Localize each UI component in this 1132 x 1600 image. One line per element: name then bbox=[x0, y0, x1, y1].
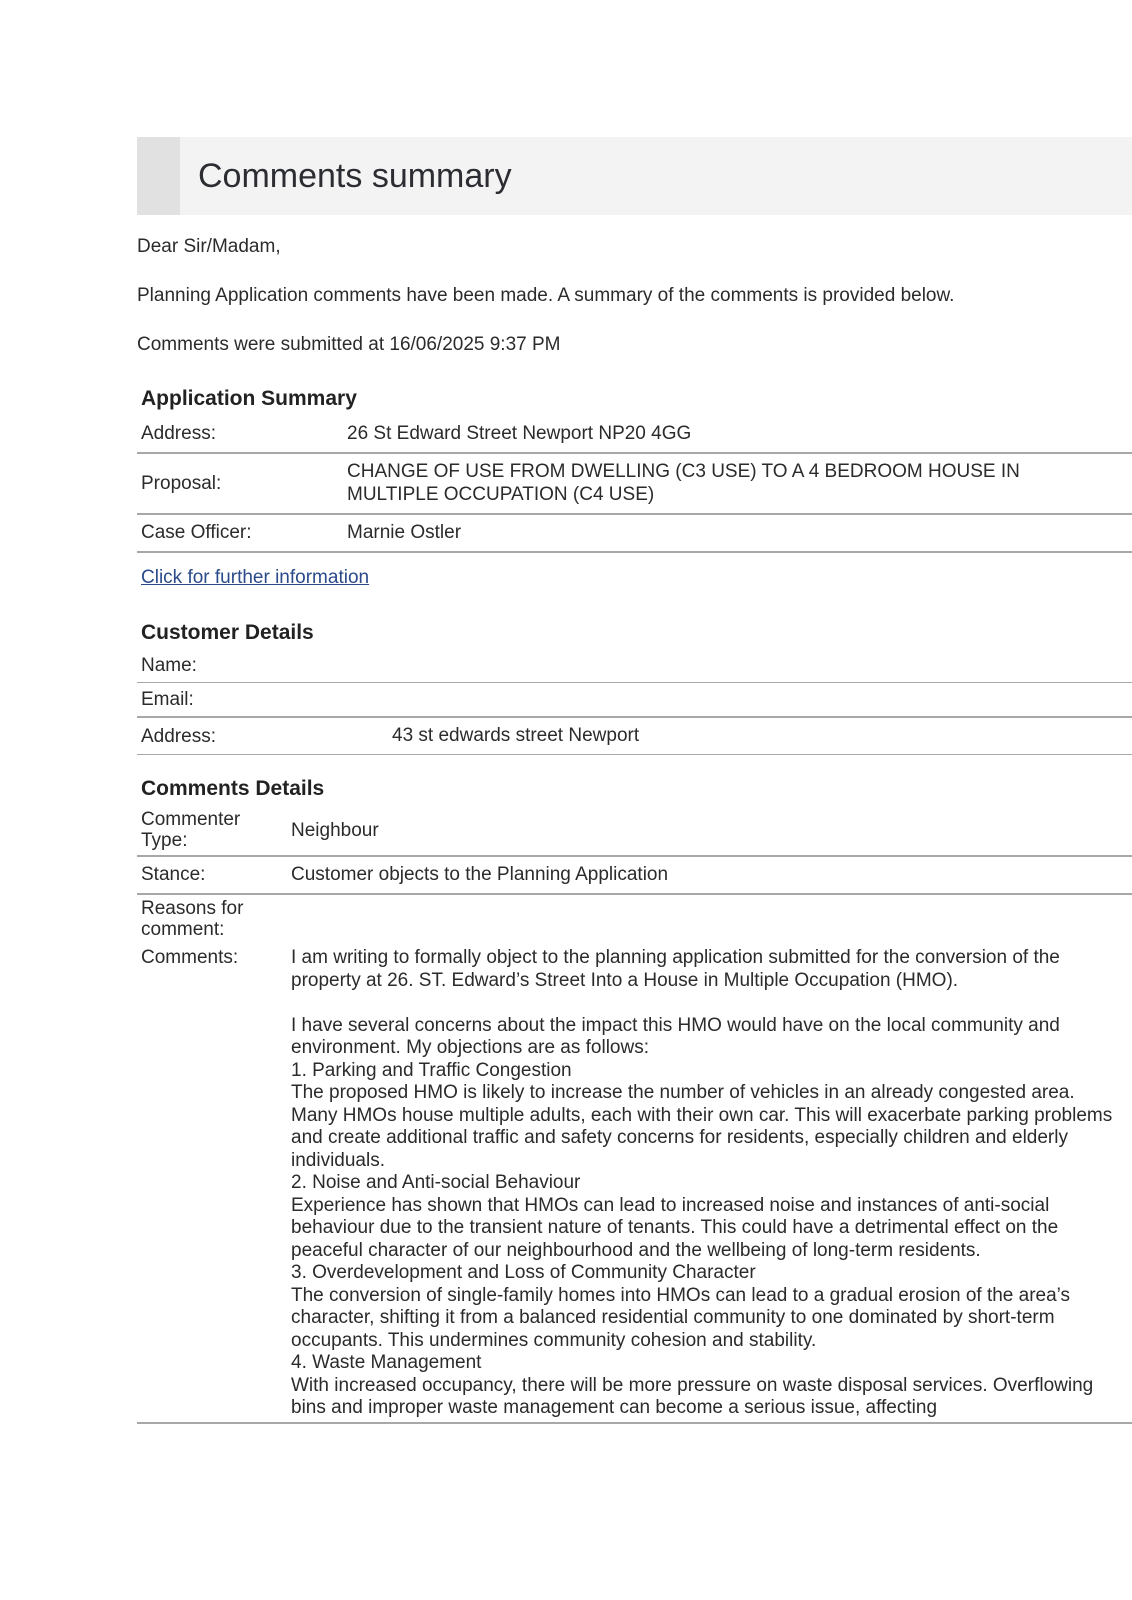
row-value: Marnie Ostler bbox=[343, 514, 1132, 552]
row-label: Address: bbox=[137, 416, 343, 453]
table-row: Proposal: CHANGE OF USE FROM DWELLING (C… bbox=[137, 453, 1132, 514]
row-value: 43 st edwards street Newport bbox=[388, 717, 1132, 755]
row-value bbox=[388, 683, 1132, 718]
row-value bbox=[388, 649, 1132, 683]
application-summary-heading: Application Summary bbox=[141, 387, 357, 411]
customer-details-table: Name: Email: Address: 43 st edwards stre… bbox=[137, 649, 1132, 755]
comments-details-heading: Comments Details bbox=[141, 777, 324, 801]
row-label: Comments: bbox=[137, 944, 287, 1423]
application-summary-table: Address: 26 St Edward Street Newport NP2… bbox=[137, 416, 1132, 553]
table-row: Address: 43 st edwards street Newport bbox=[137, 717, 1132, 755]
submitted-timestamp: Comments were submitted at 16/06/2025 9:… bbox=[137, 334, 561, 356]
comments-text: I am writing to formally object to the p… bbox=[287, 944, 1132, 1423]
greeting: Dear Sir/Madam, bbox=[137, 236, 281, 258]
row-value: CHANGE OF USE FROM DWELLING (C3 USE) TO … bbox=[343, 453, 1132, 514]
row-label: Stance: bbox=[137, 856, 287, 894]
comments-details-table: Commenter Type: Neighbour Stance: Custom… bbox=[137, 806, 1132, 1424]
table-row: Address: 26 St Edward Street Newport NP2… bbox=[137, 416, 1132, 453]
row-value: Customer objects to the Planning Applica… bbox=[287, 856, 1132, 894]
title-accent-bar bbox=[137, 137, 180, 215]
row-label: Case Officer: bbox=[137, 514, 343, 552]
intro-message: Planning Application comments have been … bbox=[137, 285, 954, 307]
table-row: Name: bbox=[137, 649, 1132, 683]
table-row: Email: bbox=[137, 683, 1132, 718]
title-bar: Comments summary bbox=[137, 137, 1132, 215]
table-row: Comments: I am writing to formally objec… bbox=[137, 944, 1132, 1423]
table-row: Case Officer: Marnie Ostler bbox=[137, 514, 1132, 552]
customer-details-heading: Customer Details bbox=[141, 621, 314, 645]
row-label: Name: bbox=[137, 649, 388, 683]
document-page: Comments summary Dear Sir/Madam, Plannin… bbox=[137, 137, 1132, 215]
row-label: Address: bbox=[137, 717, 388, 755]
row-label: Proposal: bbox=[137, 453, 343, 514]
row-value: Neighbour bbox=[287, 806, 1132, 856]
table-row: Stance: Customer objects to the Planning… bbox=[137, 856, 1132, 894]
row-label: Commenter Type: bbox=[137, 806, 287, 856]
row-value bbox=[287, 894, 1132, 944]
page-title: Comments summary bbox=[180, 137, 512, 215]
table-row: Reasons for comment: bbox=[137, 894, 1132, 944]
table-row: Commenter Type: Neighbour bbox=[137, 806, 1132, 856]
further-information-link[interactable]: Click for further information bbox=[141, 567, 369, 589]
row-label: Email: bbox=[137, 683, 388, 718]
row-label: Reasons for comment: bbox=[137, 894, 287, 944]
row-value: 26 St Edward Street Newport NP20 4GG bbox=[343, 416, 1132, 453]
